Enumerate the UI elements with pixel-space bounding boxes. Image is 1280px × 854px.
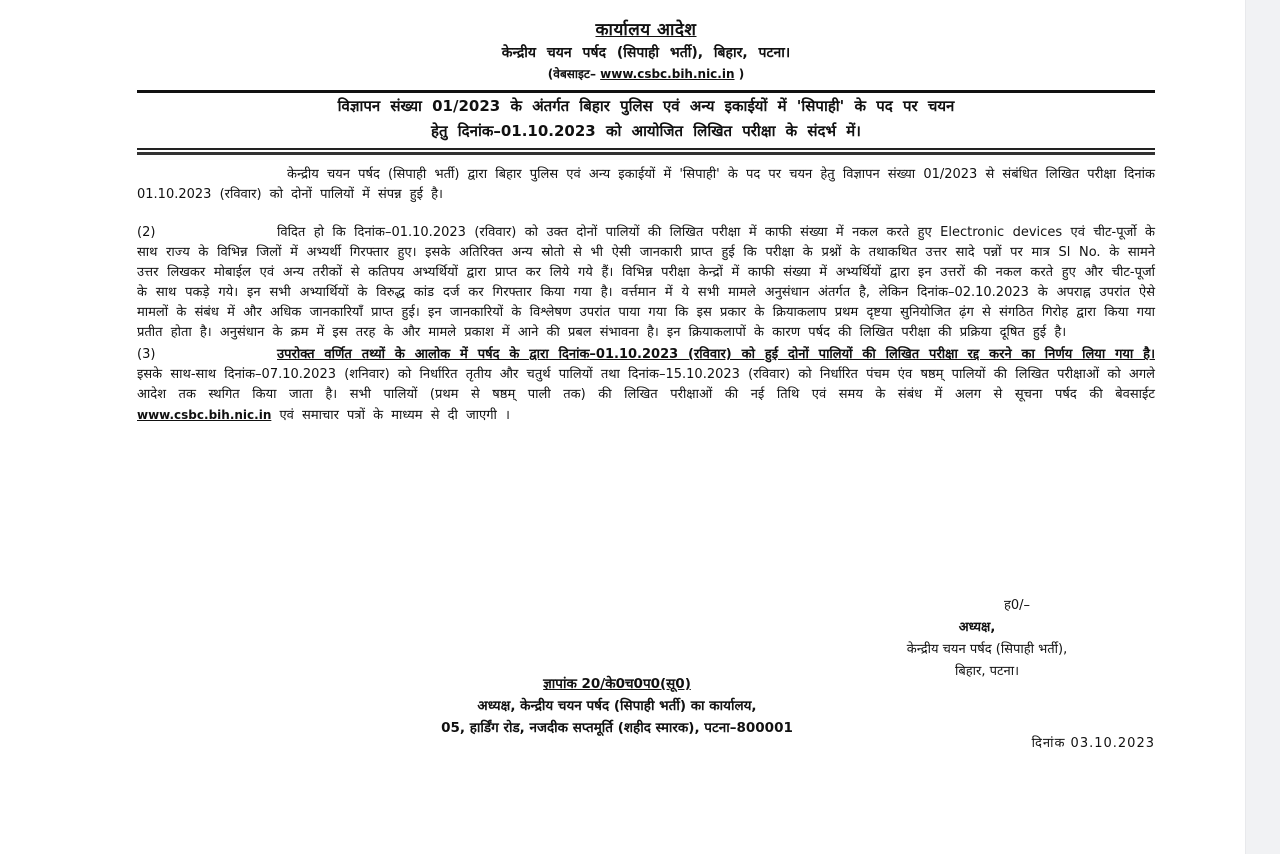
subject-block: विज्ञापन संख्या 01/2023 के अंतर्गत बिहार…: [137, 95, 1155, 143]
website-line: (वेबसाइट– www.csbc.bih.nic.in ): [137, 64, 1155, 84]
signed-mark: ह0/–: [877, 595, 1157, 617]
subject-line-2: हेतु दिनांक–01.10.2023 को आयोजित लिखित प…: [137, 120, 1155, 143]
website-link-inline[interactable]: www.csbc.bih.nic.in: [137, 408, 271, 422]
memo-office: अध्यक्ष, केन्द्रीय चयन पर्षद (सिपाही भर्…: [317, 695, 917, 717]
signatory-org: केन्द्रीय चयन पर्षद (सिपाही भर्ती),: [817, 639, 1157, 661]
paragraph-3: (3)उपरोक्त वर्णित तथ्यों के आलोक में पर्…: [137, 345, 1155, 426]
viewer-side-strip: [1245, 0, 1280, 854]
paragraph-number: (2): [137, 223, 277, 243]
double-rule: [137, 148, 1155, 155]
signatory-designation: अध्यक्ष,: [797, 617, 1157, 639]
office-order-document: कार्यालय आदेश केन्द्रीय चयन पर्षद (सिपाह…: [137, 18, 1155, 426]
top-rule: [137, 90, 1155, 93]
subject-line-1: विज्ञापन संख्या 01/2023 के अंतर्गत बिहार…: [137, 95, 1155, 118]
decision-statement: उपरोक्त वर्णित तथ्यों के आलोक में पर्षद …: [277, 347, 1155, 362]
paragraph-1: केन्द्रीय चयन पर्षद (सिपाही भर्ती) द्वार…: [137, 165, 1155, 205]
document-title: कार्यालय आदेश: [137, 18, 1155, 42]
memo-block: ज्ञापांक 20/के0च0प0(सू0) अध्यक्ष, केन्द्…: [317, 673, 917, 739]
paragraph-number: (3): [137, 345, 277, 365]
paragraph-2: (2)विदित हो कि दिनांक–01.10.2023 (रविवार…: [137, 223, 1155, 343]
issue-date: दिनांक 03.10.2023: [1032, 733, 1155, 751]
website-link[interactable]: www.csbc.bih.nic.in: [600, 67, 734, 81]
letterhead: कार्यालय आदेश केन्द्रीय चयन पर्षद (सिपाह…: [137, 18, 1155, 84]
organization-name: केन्द्रीय चयन पर्षद (सिपाही भर्ती), बिहा…: [137, 42, 1155, 64]
memo-address: 05, हार्डिंग रोड, नजदीक सप्तमूर्ति (शहीद…: [317, 717, 917, 739]
signature-block: ह0/– अध्यक्ष, केन्द्रीय चयन पर्षद (सिपाह…: [817, 595, 1157, 683]
memo-number: ज्ञापांक 20/के0च0प0(सू0): [317, 673, 917, 695]
